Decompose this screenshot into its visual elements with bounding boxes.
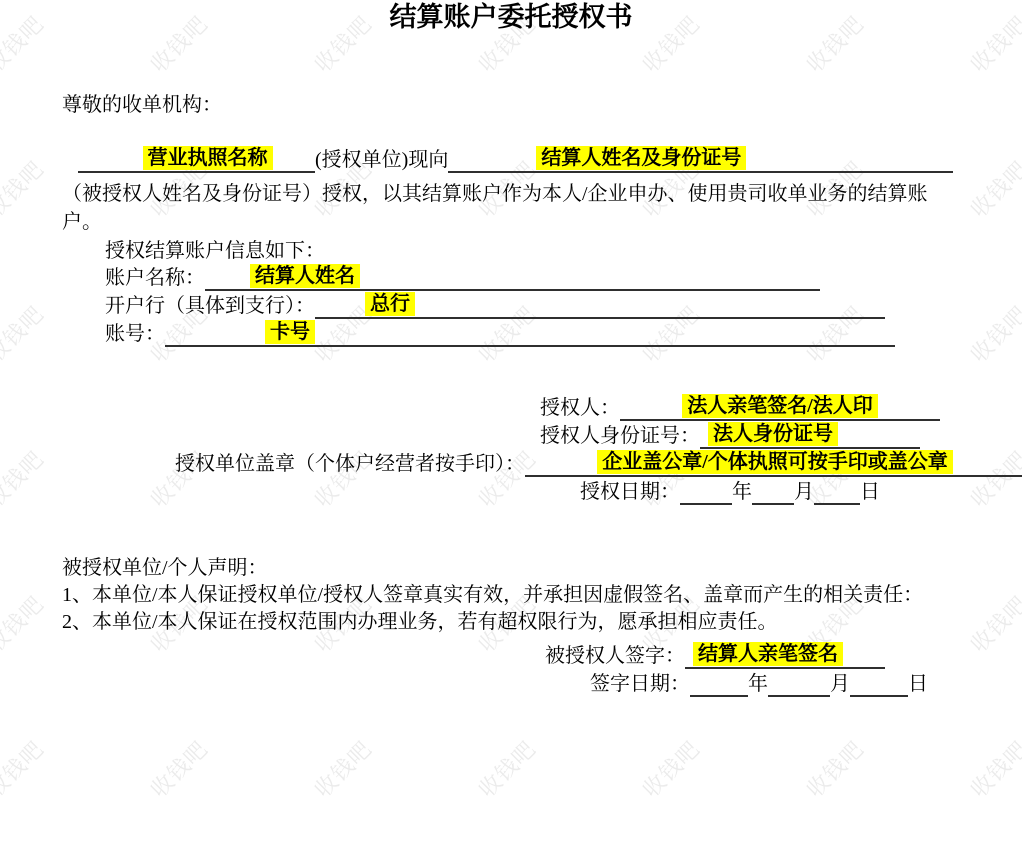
watermark-text: 收钱吧 [963, 588, 1022, 659]
authorizer-placeholder: 法人亲笔签名/法人印 [682, 394, 878, 418]
bank-blank: 总行 [315, 292, 885, 319]
sign-month-blank [768, 670, 830, 697]
auth-month-blank [752, 478, 794, 505]
watermark-text: 收钱吧 [0, 588, 50, 659]
bank-label: 开户行（具体到支行）： [105, 295, 315, 317]
licensee-name-placeholder: 营业执照名称 [143, 146, 273, 170]
auth-year-label: 年 [732, 481, 752, 503]
watermark-text: 收钱吧 [635, 733, 706, 804]
signature-placeholder: 结算人亲笔签名 [693, 642, 843, 666]
watermark-text: 收钱吧 [307, 733, 378, 804]
authorizer-id-blank: 法人身份证号 [700, 422, 920, 449]
seal-label: 授权单位盖章（个体户经营者按手印）： [175, 453, 525, 475]
sign-year-blank [690, 670, 748, 697]
sign-month-label: 月 [830, 673, 850, 695]
watermark-text: 收钱吧 [471, 733, 542, 804]
authorizer-id-line: 授权人身份证号：法人身份证号 [540, 422, 920, 449]
bank-placeholder: 总行 [365, 292, 415, 316]
sign-year-label: 年 [748, 673, 768, 695]
authorizer-id-label: 授权人身份证号： [540, 425, 700, 447]
account-name-label: 账户名称： [105, 267, 205, 289]
intro-continuation: （被授权人姓名及身份证号）授权，以其结算账户作为本人/企业申办、使用贵司收单业务… [62, 180, 942, 236]
auth-month-label: 月 [794, 481, 814, 503]
watermark-text: 收钱吧 [963, 153, 1022, 224]
authorizer-label: 授权人： [540, 397, 620, 419]
seal-line: 授权单位盖章（个体户经营者按手印）：企业盖公章/个体执照可按手印或盖公章 [175, 450, 1022, 477]
declaration-heading: 被授权单位/个人声明： [62, 555, 268, 581]
auth-day-blank [814, 478, 860, 505]
watermark-text: 收钱吧 [963, 298, 1022, 369]
settler-name-id-placeholder: 结算人姓名及身份证号 [536, 146, 746, 170]
sign-day-blank [850, 670, 908, 697]
auth-year-blank [680, 478, 732, 505]
document-title: 结算账户委托授权书 [0, 0, 1022, 34]
account-number-label: 账号： [105, 323, 165, 345]
account-number-blank: 卡号 [165, 320, 895, 347]
licensee-name-blank: 营业执照名称 [78, 146, 315, 173]
watermark-text: 收钱吧 [963, 733, 1022, 804]
watermark-text: 收钱吧 [0, 443, 50, 514]
seal-blank: 企业盖公章/个体执照可按手印或盖公章 [525, 450, 1022, 477]
account-number-line: 账号：卡号 [105, 320, 895, 347]
settler-name-id-blank: 结算人姓名及身份证号 [448, 146, 953, 173]
sign-date-line: 签字日期：年月日 [590, 670, 928, 697]
signature-blank: 结算人亲笔签名 [685, 642, 885, 669]
intro-connector-text: (授权单位)现向 [315, 149, 448, 171]
watermark-text: 收钱吧 [143, 733, 214, 804]
account-info-heading: 授权结算账户信息如下： [105, 238, 325, 264]
seal-placeholder: 企业盖公章/个体执照可按手印或盖公章 [597, 450, 953, 474]
declaration-item-1: 1、本单位/本人保证授权单位/授权人签章真实有效，并承担因虚假签名、盖章而产生的… [62, 582, 923, 608]
authorizer-blank: 法人亲笔签名/法人印 [620, 394, 940, 421]
authorization-date-line: 授权日期：年月日 [580, 478, 880, 505]
account-name-line: 账户名称：结算人姓名 [105, 264, 820, 291]
authorizer-id-placeholder: 法人身份证号 [708, 422, 838, 446]
watermark-text: 收钱吧 [0, 153, 50, 224]
declaration-item-2: 2、本单位/本人保证在授权范围内办理业务，若有超权限行为，愿承担相应责任。 [62, 609, 778, 635]
watermark-text: 收钱吧 [0, 298, 50, 369]
sign-date-label: 签字日期： [590, 673, 690, 695]
salutation: 尊敬的收单机构： [62, 92, 222, 118]
account-name-blank: 结算人姓名 [205, 264, 820, 291]
sign-day-label: 日 [908, 673, 928, 695]
signature-label: 被授权人签字： [545, 645, 685, 667]
signature-line: 被授权人签字：结算人亲笔签名 [545, 642, 885, 669]
watermark-text: 收钱吧 [0, 733, 50, 804]
auth-day-label: 日 [860, 481, 880, 503]
intro-line: 营业执照名称(授权单位)现向结算人姓名及身份证号 [78, 146, 953, 173]
bank-line: 开户行（具体到支行）：总行 [105, 292, 885, 319]
account-name-placeholder: 结算人姓名 [250, 264, 360, 288]
account-number-placeholder: 卡号 [265, 320, 315, 344]
authorizer-line: 授权人：法人亲笔签名/法人印 [540, 394, 940, 421]
authorization-document-page: 收钱吧收钱吧收钱吧收钱吧收钱吧收钱吧收钱吧收钱吧收钱吧收钱吧收钱吧收钱吧收钱吧收… [0, 0, 1022, 843]
authorization-date-label: 授权日期： [580, 481, 680, 503]
watermark-text: 收钱吧 [799, 733, 870, 804]
